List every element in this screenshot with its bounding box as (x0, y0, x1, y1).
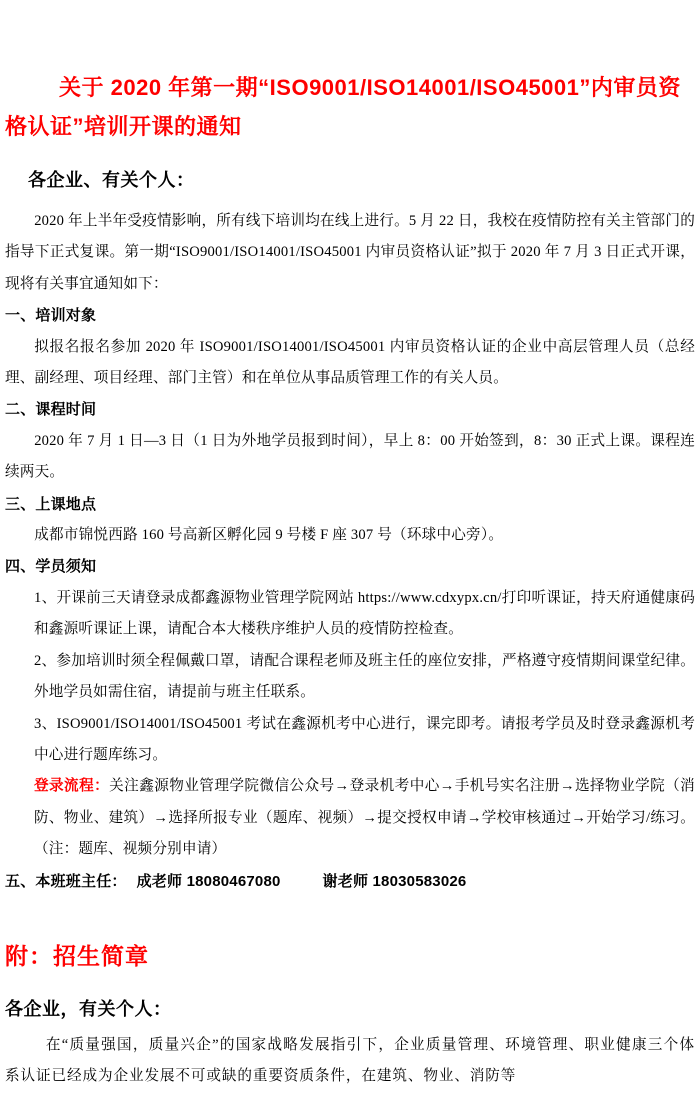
login-flow-label: 登录流程： (34, 778, 109, 794)
attachment-paragraph: 在“质量强国，质量兴企”的国家战略发展指引下，企业质量管理、环境管理、职业健康三… (5, 1030, 695, 1093)
teacher-1-contact: 成老师 18080467080 (137, 873, 281, 890)
section-3-heading: 三、上课地点 (5, 489, 695, 520)
notice-salutation: 各企业、有关个人： (28, 165, 695, 195)
document-body: { "page": { "background": "#ffffff", "te… (0, 0, 700, 1118)
section-5-heading: 五、本班班主任：成老师 18080467080谢老师 18030583026 (5, 866, 695, 897)
student-note-item-1: 1、开课前三天请登录成都鑫源物业管理学院网站 https://www.cdxyp… (34, 583, 695, 646)
section-2-body: 2020 年 7 月 1 日—3 日（1 日为外地学员报到时间），早上 8：00… (5, 426, 695, 489)
section-2-heading: 二、课程时间 (5, 394, 695, 425)
login-flow-paragraph: 登录流程：关注鑫源物业管理学院微信公众号→登录机考中心→手机号实名注册→选择物业… (34, 771, 695, 865)
section-3-body: 成都市锦悦西路 160 号高新区孵化园 9 号楼 F 座 307 号（环球中心旁… (5, 520, 695, 551)
section-4-heading: 四、学员须知 (5, 551, 695, 582)
student-note-item-3: 3、ISO9001/ISO14001/ISO45001 考试在鑫源机考中心进行，… (34, 709, 695, 772)
section-1-body: 拟报名报名参加 2020 年 ISO9001/ISO14001/ISO45001… (5, 332, 695, 395)
attachment-title: 附：招生简章 (5, 940, 695, 973)
login-flow-text: 关注鑫源物业管理学院微信公众号→登录机考中心→手机号实名注册→选择物业学院（消防… (34, 778, 695, 857)
intro-paragraph: 2020 年上半年受疫情影响，所有线下培训均在线上进行。5 月 22 日，我校在… (5, 206, 695, 300)
section-1-heading: 一、培训对象 (5, 300, 695, 331)
student-note-item-2: 2、参加培训时须全程佩戴口罩，请配合课程老师及班主任的座位安排，严格遵守疫情期间… (34, 646, 695, 709)
attachment-salutation: 各企业，有关个人： (5, 994, 695, 1024)
student-notes-block: 1、开课前三天请登录成都鑫源物业管理学院网站 https://www.cdxyp… (34, 583, 695, 866)
notice-title: 关于 2020 年第一期“ISO9001/ISO14001/ISO45001”内… (5, 68, 695, 146)
notice-page: 关于 2020 年第一期“ISO9001/ISO14001/ISO45001”内… (0, 0, 700, 1118)
section-5-label: 五、本班班主任： (5, 873, 127, 890)
teacher-2-contact: 谢老师 18030583026 (323, 873, 467, 890)
